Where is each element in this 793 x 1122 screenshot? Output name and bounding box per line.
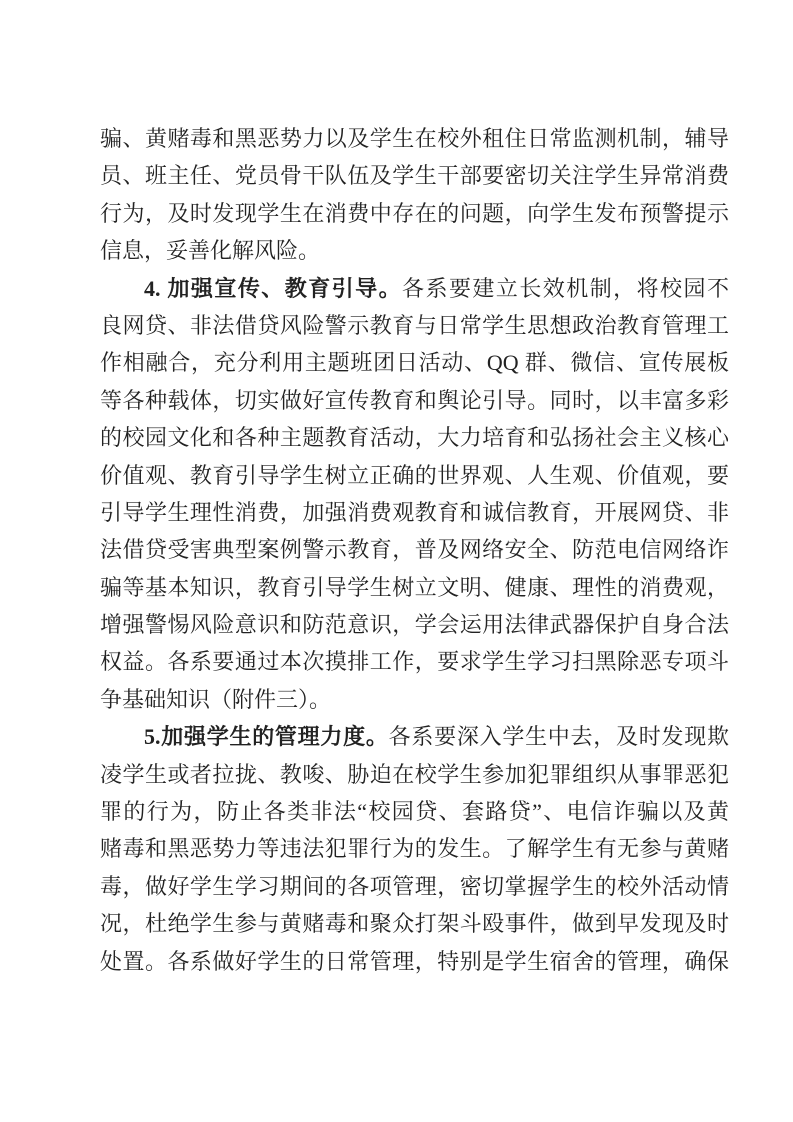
text-line: 的校园文化和各种主题教育活动，大力培育和弘扬社会主义核心 [100,419,729,456]
text-line: 引导学生理性消费，加强消费观教育和诚信教育，开展网贷、非 [100,494,729,531]
line-text: 罪的行为，防止各类非法“校园贷、套路贷”、电信诈骗以及黄 [100,799,729,824]
text-line: 罪的行为，防止各类非法“校园贷、套路贷”、电信诈骗以及黄 [100,793,729,830]
line-text: 等各种载体，切实做好宣传教育和舆论引导。同时，以丰富多彩 [100,388,729,413]
line-text: 良网贷、非法借贷风险警示教育与日常学生思想政治教育管理工 [100,313,729,338]
line-text: 各系要建立长效机制，将校园不 [402,276,729,301]
text-line: 价值观、教育引导学生树立正确的世界观、人生观、价值观，要 [100,457,729,494]
line-text: 骗、黄赌毒和黑恶势力以及学生在校外租住日常监测机制，辅导 [100,126,729,151]
line-text: 法借贷受害典型案例警示教育，普及网络安全、防范电信网络诈 [100,537,729,562]
line-text: 员、班主任、党员骨干队伍及学生干部要密切关注学生异常消费 [100,163,729,188]
text-line: 法借贷受害典型案例警示教育，普及网络安全、防范电信网络诈 [100,531,729,568]
document-content: 骗、黄赌毒和黑恶势力以及学生在校外租住日常监测机制，辅导员、班主任、党员骨干队伍… [100,120,729,980]
text-line: 赌毒和黑恶势力等违法犯罪行为的发生。了解学生有无参与黄赌 [100,830,729,867]
text-line: 骗等基本知识，教育引导学生树立文明、健康、理性的消费观， [100,569,729,606]
text-line: 行为，及时发现学生在消费中存在的问题，向学生发布预警提示 [100,195,729,232]
line-text: 凌学生或者拉拢、教唆、胁迫在校学生参加犯罪组织从事罪恶犯 [100,762,729,787]
line-text: 处置。各系做好学生的日常管理，特别是学生宿舍的管理，确保 [100,949,729,974]
paragraph: 骗、黄赌毒和黑恶势力以及学生在校外租住日常监测机制，辅导员、班主任、党员骨干队伍… [100,120,729,270]
line-text: 况，杜绝学生参与黄赌毒和聚众打架斗殴事件，做到早发现及时 [100,911,729,936]
text-line: 权益。各系要通过本次摸排工作，要求学生学习扫黑除恶专项斗 [100,643,729,680]
text-line: 增强警惕风险意识和防范意识，学会运用法律武器保护自身合法 [100,606,729,643]
paragraph: 4. 加强宣传、教育引导。各系要建立长效机制，将校园不良网贷、非法借贷风险警示教… [100,270,729,719]
text-line: 员、班主任、党员骨干队伍及学生干部要密切关注学生异常消费 [100,157,729,194]
paragraph-heading: 5.加强学生的管理力度。 [144,724,389,749]
text-line: 争基础知识（附件三）。 [100,681,729,718]
line-text: 增强警惕风险意识和防范意识，学会运用法律武器保护自身合法 [100,612,729,637]
paragraph: 5.加强学生的管理力度。各系要深入学生中去，及时发现欺凌学生或者拉拢、教唆、胁迫… [100,718,729,980]
text-line: 处置。各系做好学生的日常管理，特别是学生宿舍的管理，确保 [100,943,729,980]
line-text: 的校园文化和各种主题教育活动，大力培育和弘扬社会主义核心 [100,425,729,450]
text-line: 4. 加强宣传、教育引导。各系要建立长效机制，将校园不 [100,270,729,307]
line-text: 各系要深入学生中去，及时发现欺 [389,724,729,749]
document-page: 骗、黄赌毒和黑恶势力以及学生在校外租住日常监测机制，辅导员、班主任、党员骨干队伍… [0,0,793,1122]
text-line: 5.加强学生的管理力度。各系要深入学生中去，及时发现欺 [100,718,729,755]
line-text: 价值观、教育引导学生树立正确的世界观、人生观、价值观，要 [100,463,729,488]
paragraph-heading: 4. 加强宣传、教育引导。 [144,276,402,301]
text-line: 况，杜绝学生参与黄赌毒和聚众打架斗殴事件，做到早发现及时 [100,905,729,942]
line-text: 毒，做好学生学习期间的各项管理，密切掌握学生的校外活动情 [100,874,729,899]
line-text: 作相融合，充分利用主题班团日活动、QQ 群、微信、宣传展板 [100,350,729,375]
text-line: 凌学生或者拉拢、教唆、胁迫在校学生参加犯罪组织从事罪恶犯 [100,756,729,793]
text-line: 等各种载体，切实做好宣传教育和舆论引导。同时，以丰富多彩 [100,382,729,419]
text-line: 毒，做好学生学习期间的各项管理，密切掌握学生的校外活动情 [100,868,729,905]
line-text: 行为，及时发现学生在消费中存在的问题，向学生发布预警提示 [100,201,729,226]
text-line: 信息，妥善化解风险。 [100,232,729,269]
text-line: 良网贷、非法借贷风险警示教育与日常学生思想政治教育管理工 [100,307,729,344]
line-text: 争基础知识（附件三）。 [100,687,331,712]
text-line: 骗、黄赌毒和黑恶势力以及学生在校外租住日常监测机制，辅导 [100,120,729,157]
text-line: 作相融合，充分利用主题班团日活动、QQ 群、微信、宣传展板 [100,344,729,381]
line-text: 权益。各系要通过本次摸排工作，要求学生学习扫黑除恶专项斗 [100,649,729,674]
line-text: 骗等基本知识，教育引导学生树立文明、健康、理性的消费观， [100,575,729,600]
line-text: 引导学生理性消费，加强消费观教育和诚信教育，开展网贷、非 [100,500,729,525]
line-text: 赌毒和黑恶势力等违法犯罪行为的发生。了解学生有无参与黄赌 [100,836,729,861]
line-text: 信息，妥善化解风险。 [100,238,320,263]
